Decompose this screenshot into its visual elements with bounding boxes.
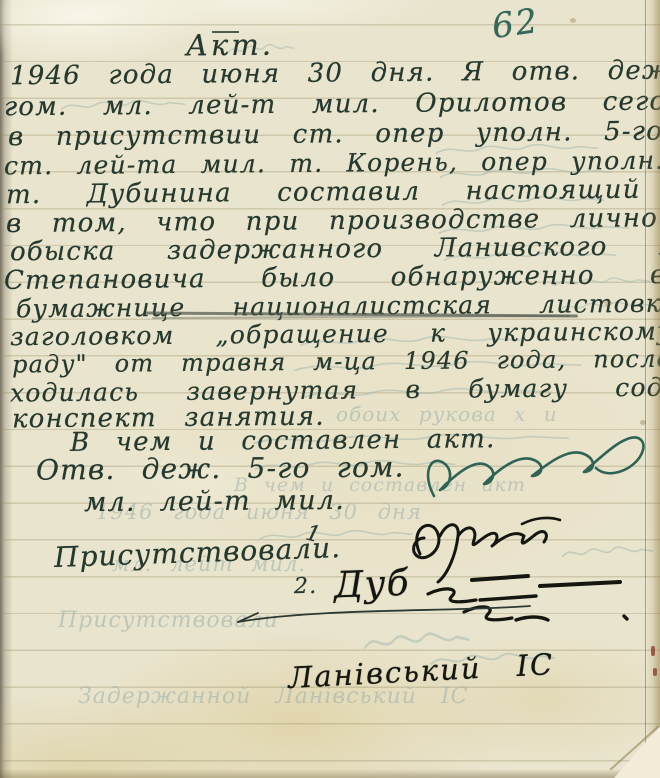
page-number: 62 — [489, 1, 541, 47]
scanned-document: 1946 года июня 30 дня мл. лейт мил. Прис… — [0, 0, 660, 778]
page-edge — [645, 0, 660, 778]
role-line: мл. лей-т мил. — [84, 485, 345, 518]
handwritten-line: ходилась завернутая в бумагу содержащая — [10, 372, 660, 408]
handwritten-line: 1946 года июня 30 дня. Я отв. деж. 5-го — [10, 55, 660, 92]
foxing-speck — [570, 18, 576, 23]
dubinin-signature — [228, 556, 643, 661]
foxing-speck — [604, 300, 612, 306]
red-edge-mark — [653, 668, 657, 676]
red-edge-mark — [651, 646, 655, 656]
foxing-speck — [640, 420, 646, 425]
duty-officer-signature — [412, 414, 660, 514]
role-line: Отв. деж. 5-го гом. — [36, 450, 405, 486]
title-overline — [212, 31, 239, 33]
page-curl — [614, 726, 660, 778]
